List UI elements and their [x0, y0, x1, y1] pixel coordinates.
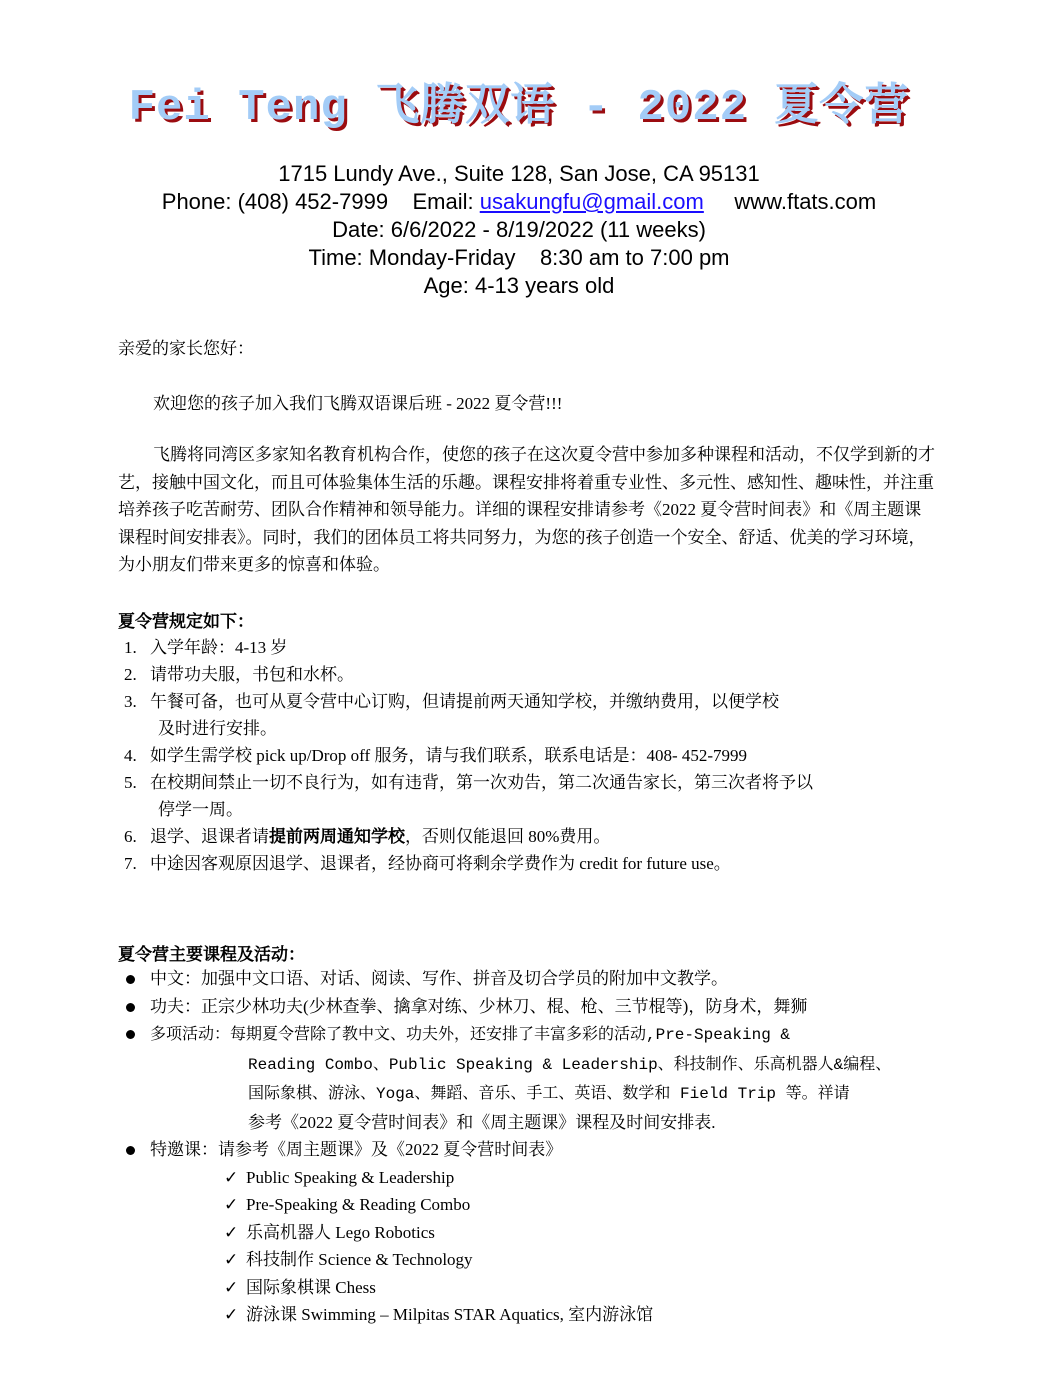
- bullet-icon: [126, 1146, 135, 1155]
- rule-number: 1.: [124, 634, 137, 661]
- check-icon: ✓: [224, 1219, 238, 1247]
- special-course-item: ✓乐高机器人 Lego Robotics: [224, 1219, 948, 1247]
- rule-text: 中途因客观原因退学、退课者，经协商可将剩余学费作为 credit for fut…: [150, 854, 731, 873]
- check-icon: ✓: [224, 1274, 238, 1302]
- activity-text: 功夫：正宗少林功夫(少林查拳、擒拿对练、少林刀、棍、枪、三节棍等)，防身术，舞狮: [150, 997, 807, 1016]
- activities-heading: 夏令营主要课程及活动：: [118, 940, 305, 965]
- contact-line: Phone: (408) 452-7999 Email: usakungfu@g…: [0, 188, 1038, 216]
- special-course-item: ✓科技制作 Science & Technology: [224, 1246, 948, 1274]
- activity-item: 多项活动：每期夏令营除了教中文、功夫外，还安排了丰富多彩的活动,Pre-Spea…: [118, 1020, 948, 1136]
- rule-number: 3.: [124, 688, 137, 715]
- check-icon: ✓: [224, 1301, 238, 1329]
- flyer-page: Fei Teng 飞腾双语 - 2022 夏令营 1715 Lundy Ave.…: [0, 0, 1038, 1376]
- rule-text: ，否则仅能退回 80%费用。: [405, 827, 610, 846]
- bullet-icon: [126, 1030, 135, 1039]
- special-course-item: ✓Pre-Speaking & Reading Combo: [224, 1191, 948, 1219]
- age-range: Age: 4-13 years old: [0, 272, 1038, 300]
- check-icon: ✓: [224, 1246, 238, 1274]
- rule-text: 如学生需学校 pick up/Drop off 服务，请与我们联系，联系电话是：…: [150, 746, 747, 765]
- activity-text-cont: 参考《2022 夏令营时间表》和《周主题课》课程及时间安排表.: [150, 1109, 948, 1137]
- address: 1715 Lundy Ave., Suite 128, San Jose, CA…: [0, 160, 1038, 188]
- greeting: 亲爱的家长您好：: [118, 334, 254, 359]
- activity-text: 中文：加强中文口语、对话、阅读、写作、拼音及切合学员的附加中文教学。: [150, 969, 728, 988]
- course-label: Public Speaking & Leadership: [246, 1168, 454, 1187]
- rule-text: 午餐可备，也可从夏令营中心订购，但请提前两天通知学校，并缴纳费用，以便学校: [150, 692, 779, 711]
- activity-text-cont: 国际象棋、游泳、Yoga、舞蹈、音乐、手工、英语、数学和 Field Trip …: [248, 1085, 850, 1103]
- page-title: Fei Teng 飞腾双语 - 2022 夏令营: [0, 80, 1038, 136]
- date-range: Date: 6/6/2022 - 8/19/2022 (11 weeks): [0, 216, 1038, 244]
- time-range: Time: Monday-Friday 8:30 am to 7:00 pm: [0, 244, 1038, 272]
- activity-text: 特邀课：请参考《周主题课》及《2022 夏令营时间表》: [150, 1140, 562, 1159]
- activity-item: 特邀课：请参考《周主题课》及《2022 夏令营时间表》 ✓Public Spea…: [118, 1136, 948, 1329]
- rule-text: 退学、退课者请: [150, 827, 269, 846]
- rule-text: 在校期间禁止一切不良行为，如有违背，第一次劝告，第二次通告家长，第三次者将予以: [150, 773, 813, 792]
- activity-item: 中文：加强中文口语、对话、阅读、写作、拼音及切合学员的附加中文教学。: [118, 965, 948, 993]
- bullet-icon: [126, 1003, 135, 1012]
- rule-number: 7.: [124, 850, 137, 877]
- course-label: 科技制作 Science & Technology: [246, 1250, 473, 1269]
- course-label: 国际象棋课 Chess: [246, 1278, 376, 1297]
- rule-item: 4.如学生需学校 pick up/Drop off 服务，请与我们联系，联系电话…: [118, 742, 938, 769]
- rule-number: 4.: [124, 742, 137, 769]
- rule-item: 7.中途因客观原因退学、退课者，经协商可将剩余学费作为 credit for f…: [118, 850, 938, 877]
- website: www.ftats.com: [704, 189, 876, 214]
- rule-item: 2.请带功夫服，书包和水杯。: [118, 661, 938, 688]
- activity-text-cont: Reading Combo、Public Speaking & Leadersh…: [248, 1056, 891, 1074]
- rules-heading: 夏令营规定如下：: [118, 607, 254, 632]
- special-course-item: ✓国际象棋课 Chess: [224, 1274, 948, 1302]
- rule-number: 5.: [124, 769, 137, 796]
- check-icon: ✓: [224, 1164, 238, 1192]
- rule-item: 5.在校期间禁止一切不良行为，如有违背，第一次劝告，第二次通告家长，第三次者将予…: [118, 769, 938, 823]
- check-icon: ✓: [224, 1191, 238, 1219]
- rule-item: 6.退学、退课者请提前两周通知学校，否则仅能退回 80%费用。: [118, 823, 938, 850]
- rule-number: 6.: [124, 823, 137, 850]
- activity-item: 功夫：正宗少林功夫(少林查拳、擒拿对练、少林刀、棍、枪、三节棍等)，防身术，舞狮: [118, 993, 948, 1021]
- rules-list: 1.入学年龄：4-13 岁 2.请带功夫服，书包和水杯。 3.午餐可备，也可从夏…: [118, 634, 938, 877]
- rule-text: 请带功夫服，书包和水杯。: [150, 665, 354, 684]
- rule-item: 1.入学年龄：4-13 岁: [118, 634, 938, 661]
- course-label: 乐高机器人 Lego Robotics: [246, 1223, 435, 1242]
- special-courses-list: ✓Public Speaking & Leadership ✓Pre-Speak…: [150, 1164, 948, 1329]
- activity-text: 多项活动：每期夏令营除了教中文、功夫外，还安排了丰富多彩的活动,Pre-Spea…: [150, 1026, 790, 1044]
- rule-text: 入学年龄：4-13 岁: [150, 638, 287, 657]
- rule-number: 2.: [124, 661, 137, 688]
- rule-text-bold: 提前两周通知学校: [269, 827, 405, 846]
- course-label: 游泳课 Swimming – Milpitas STAR Aquatics, 室…: [246, 1305, 653, 1324]
- rule-text-cont: 及时进行安排。: [150, 715, 938, 742]
- special-course-item: ✓Public Speaking & Leadership: [224, 1164, 948, 1192]
- activities-list: 中文：加强中文口语、对话、阅读、写作、拼音及切合学员的附加中文教学。 功夫：正宗…: [118, 965, 948, 1329]
- welcome-line: 欢迎您的孩子加入我们飞腾双语课后班 - 2022 夏令营!!!: [153, 389, 562, 414]
- phone-label: Phone: (408) 452-7999 Email:: [162, 189, 480, 214]
- rule-item: 3.午餐可备，也可从夏令营中心订购，但请提前两天通知学校，并缴纳费用，以便学校及…: [118, 688, 938, 742]
- course-label: Pre-Speaking & Reading Combo: [246, 1195, 470, 1214]
- email-link[interactable]: usakungfu@gmail.com: [480, 189, 704, 214]
- intro-text: 飞腾将同湾区多家知名教育机构合作，使您的孩子在这次夏令营中参加多种课程和活动，不…: [118, 441, 938, 579]
- rule-text-cont: 停学一周。: [150, 796, 938, 823]
- intro-paragraph: 飞腾将同湾区多家知名教育机构合作，使您的孩子在这次夏令营中参加多种课程和活动，不…: [118, 441, 938, 579]
- contact-header: 1715 Lundy Ave., Suite 128, San Jose, CA…: [0, 160, 1038, 300]
- special-course-item: ✓游泳课 Swimming – Milpitas STAR Aquatics, …: [224, 1301, 948, 1329]
- bullet-icon: [126, 975, 135, 984]
